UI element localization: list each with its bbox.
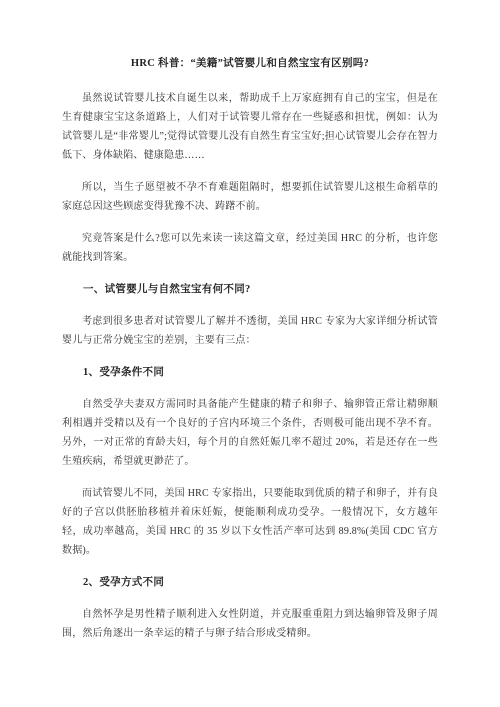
paragraph: 而试管婴儿不同，美国 HRC 专家指出，只要能取到优质的精子和卵子，并有良好的子… <box>62 484 438 560</box>
paragraph: 究竟答案是什么?您可以先来读一读这篇文章，经过美国 HRC 的分析，也许您就能找… <box>62 229 438 267</box>
document-body: 虽然说试管婴儿技术自诞生以来，帮助成千上万家庭拥有自己的宝宝，但是在生育健康宝宝… <box>62 89 438 643</box>
section-heading: 一、试管婴儿与自然宝宝有何不同? <box>62 280 438 299</box>
paragraph: 考虑到很多患者对试管婴儿了解并不透彻，美国 HRC 专家为大家详细分析试管婴儿与… <box>62 312 438 350</box>
section-heading: 1、受孕条件不同 <box>62 363 438 382</box>
paragraph: 自然受孕夫妻双方需同时具备能产生健康的精子和卵子、输卵管正常让精卵顺利相遇并受精… <box>62 395 438 471</box>
section-heading: 2、受孕方式不同 <box>62 573 438 592</box>
document-title: HRC 科普：“美籍”试管婴儿和自然宝宝有区别吗? <box>62 56 438 72</box>
paragraph: 虽然说试管婴儿技术自诞生以来，帮助成千上万家庭拥有自己的宝宝，但是在生育健康宝宝… <box>62 89 438 165</box>
paragraph: 所以，当生子愿望被不孕不育难题阻隔时，想要抓住试管婴儿这根生命稻草的家庭总因这些… <box>62 178 438 216</box>
paragraph: 自然怀孕是男性精子顺利进入女性阴道，并克服重重阻力到达输卵管及卵子周围，然后角逐… <box>62 605 438 643</box>
document-page: HRC 科普：“美籍”试管婴儿和自然宝宝有区别吗? 虽然说试管婴儿技术自诞生以来… <box>0 0 500 707</box>
